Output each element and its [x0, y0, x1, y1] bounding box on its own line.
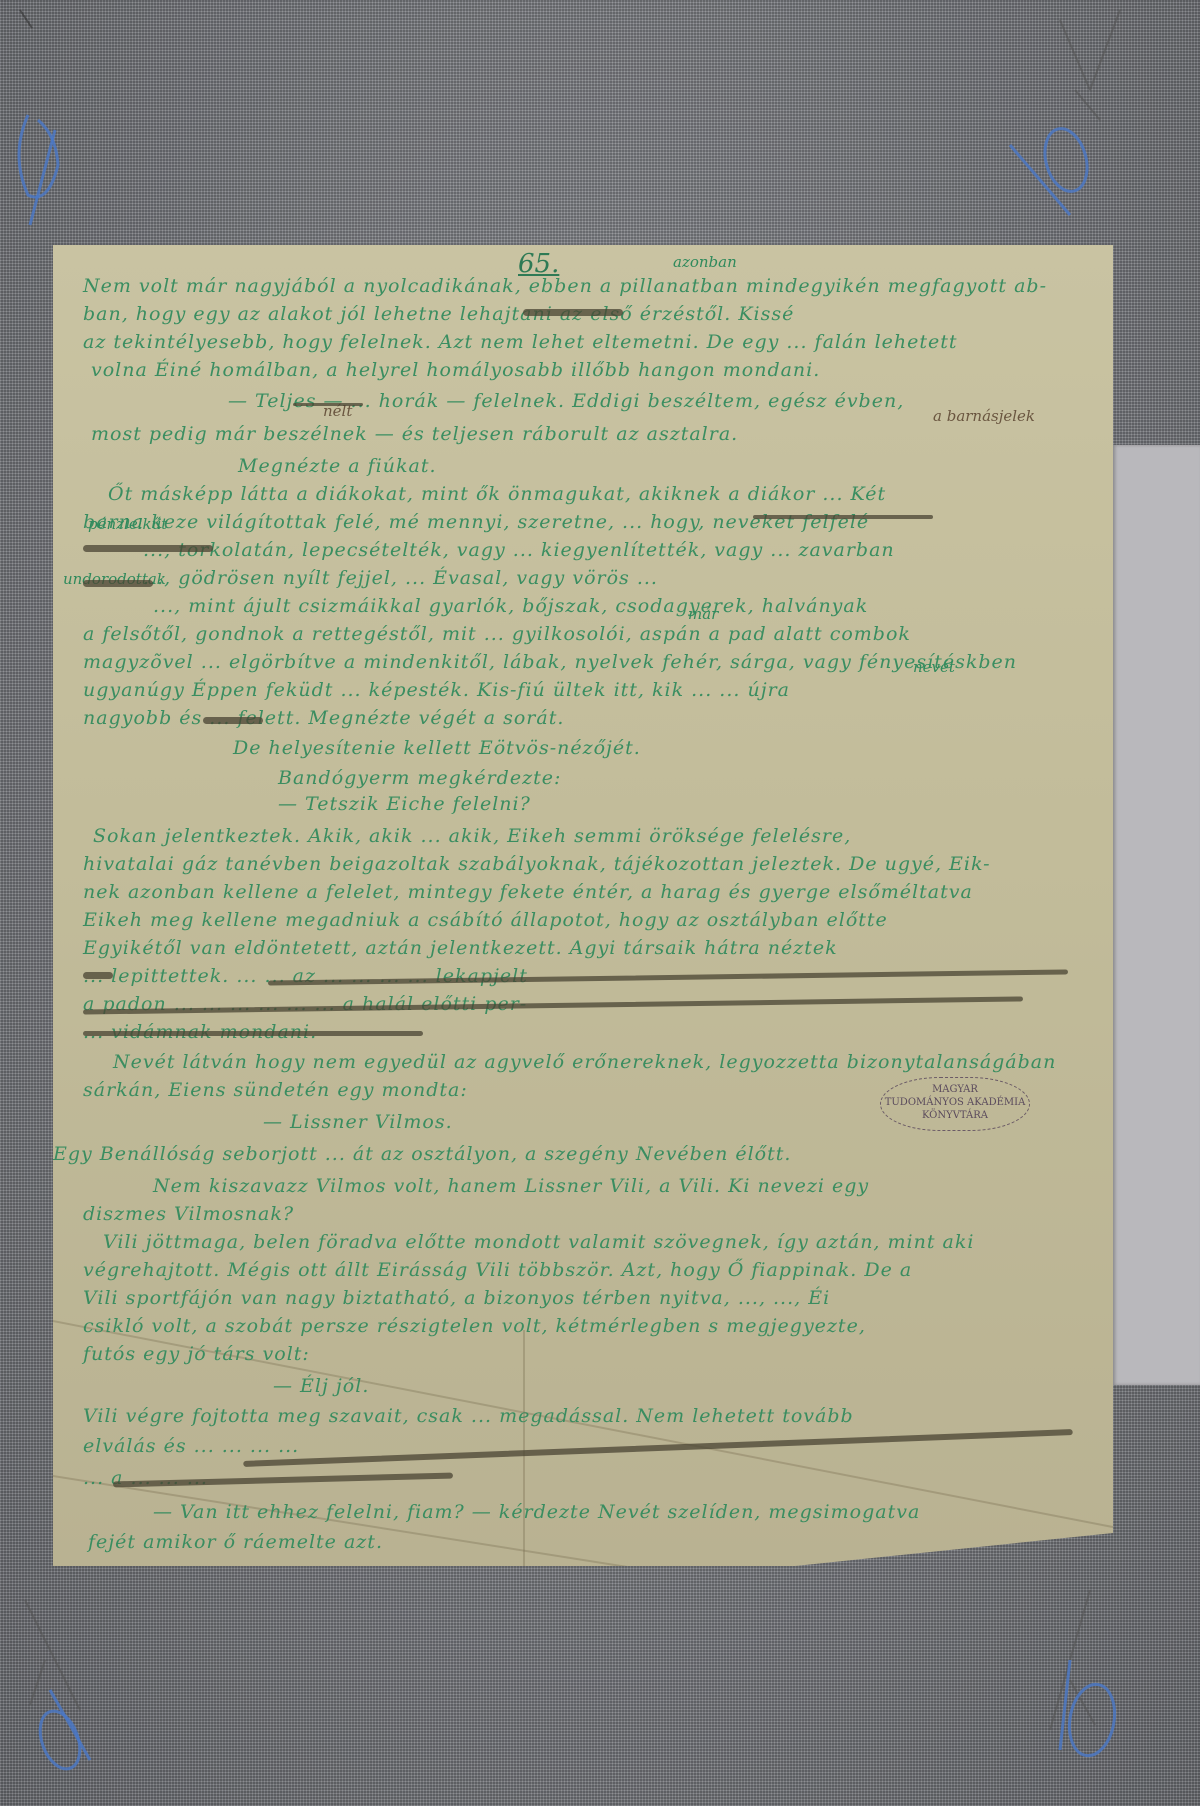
strikethrough — [83, 972, 113, 979]
manuscript-line: nagyobb és ... felett. Megnézte végét a … — [83, 707, 564, 729]
manuscript-line: csikló volt, a szobát persze részigtelen… — [83, 1315, 866, 1337]
strikethrough — [293, 403, 363, 406]
strikethrough — [83, 545, 213, 552]
manuscript-line: Egy Benállóság seborjott ... át az osztá… — [53, 1143, 791, 1165]
fold-crease — [53, 1475, 685, 1577]
stamp-line: KÖNYVTÁRA — [881, 1109, 1029, 1122]
strikethrough — [83, 580, 153, 587]
manuscript-line: Vili sportfájón van nagy biztatható, a b… — [83, 1287, 830, 1309]
manuscript-line: barna keze világítottak felé, mé mennyi,… — [83, 511, 869, 533]
corner-mark-bottom-right — [1000, 1540, 1200, 1806]
insertion-note: azonban — [673, 253, 737, 271]
corner-mark-top-right — [1000, 0, 1200, 280]
manuscript-line: végrehajtott. Mégis ott állt Eirásság Vi… — [83, 1259, 912, 1281]
strikethrough — [753, 515, 933, 519]
manuscript-line: futós egy jó társ volt: — [83, 1343, 310, 1365]
manuscript-line: — Lissner Vilmos. — [263, 1111, 453, 1133]
manuscript-line: nek azonban kellene a felelet, mintegy f… — [83, 881, 973, 903]
backing-paper-strip — [1113, 445, 1200, 1385]
strikethrough — [523, 309, 623, 316]
manuscript-line: Nem kiszavazz Vilmos volt, hanem Lissner… — [153, 1175, 869, 1197]
manuscript-line: Sokan jelentkeztek. Akik, akik ... akik,… — [93, 825, 851, 847]
manuscript-line: — Teljes — ... horák — felelnek. Eddigi … — [228, 390, 904, 412]
manuscript-line: — Van itt ehhez felelni, fiam? — kérdezt… — [153, 1501, 920, 1523]
corner-mark-top-left — [0, 0, 160, 280]
manuscript-line: ..., torkolatán, lepecsételték, vagy ...… — [143, 539, 895, 561]
manuscript-page: 65. azonban nélt a barnásjelek pénzlelkű… — [53, 245, 1113, 1566]
manuscript-line: magyzõvel ... elgörbítve a mindenkitől, … — [83, 651, 1017, 673]
strikethrough — [243, 1429, 1073, 1467]
manuscript-line: Őt másképp látta a diákokat, mint ők önm… — [108, 483, 886, 505]
manuscript-line: — Tetszik Eiche felelni? — [278, 793, 531, 815]
strikethrough — [203, 717, 263, 724]
manuscript-line: elválás és ... ... ... ... — [83, 1435, 299, 1457]
manuscript-line: Bandógyerm megkérdezte: — [278, 767, 561, 789]
fold-crease — [523, 1330, 525, 1566]
manuscript-line: diszmes Vilmosnak? — [83, 1203, 294, 1225]
manuscript-line: Nem volt már nagyjából a nyolcadikának, … — [83, 275, 1047, 297]
manuscript-line: ..., mint ájult csizmáikkal gyarlók, bőj… — [153, 595, 868, 617]
manuscript-line: sárkán, Eiens sündetén egy mondta: — [83, 1079, 468, 1101]
manuscript-line: Vili jöttmaga, belen föradva előtte mond… — [103, 1231, 974, 1253]
manuscript-line: most pedig már beszélnek — és teljesen r… — [91, 423, 738, 445]
manuscript-line: ban, hogy egy az alakot jól lehetne leha… — [83, 303, 794, 325]
insertion-note: a barnásjelek — [933, 407, 1035, 425]
manuscript-line: Megnézte a fiúkat. — [238, 455, 437, 477]
manuscript-line: ..., gödrösen nyílt fejjel, ... Évasal, … — [143, 567, 658, 589]
manuscript-line: — Élj jól. — [273, 1375, 369, 1397]
manuscript-line: ugyanúgy Éppen feküdt ... képesték. Kis-… — [83, 679, 790, 701]
stamp-line: MAGYAR — [881, 1083, 1029, 1096]
stamp-line: TUDOMÁNYOS AKADÉMIA — [881, 1096, 1029, 1109]
manuscript-line: a felsőtől, gondnok a rettegéstől, mit .… — [83, 623, 911, 645]
manuscript-line: az tekintélyesebb, hogy felelnek. Azt ne… — [83, 331, 958, 353]
corner-mark-bottom-left — [0, 1540, 200, 1806]
manuscript-line: Egyikétől van eldöntetett, aztán jelentk… — [83, 937, 838, 959]
manuscript-line: Vili végre fojtotta meg szavait, csak ..… — [83, 1405, 854, 1427]
manuscript-line: volna Éiné homálban, a helyrel homályosa… — [91, 359, 820, 381]
manuscript-line: Nevét látván hogy nem egyedül az agyvelő… — [113, 1051, 1056, 1073]
manuscript-line: fejét amikor ő ráemelte azt. — [88, 1531, 383, 1553]
manuscript-line: hivatalai gáz tanévben beigazoltak szabá… — [83, 853, 991, 875]
strikethrough — [83, 1031, 423, 1036]
manuscript-line: Eikeh meg kellene megadniuk a csábító ál… — [83, 909, 888, 931]
library-stamp: MAGYAR TUDOMÁNYOS AKADÉMIA KÖNYVTÁRA — [880, 1077, 1030, 1131]
manuscript-line: De helyesítenie kellett Eötvös-nézőjét. — [233, 737, 641, 759]
